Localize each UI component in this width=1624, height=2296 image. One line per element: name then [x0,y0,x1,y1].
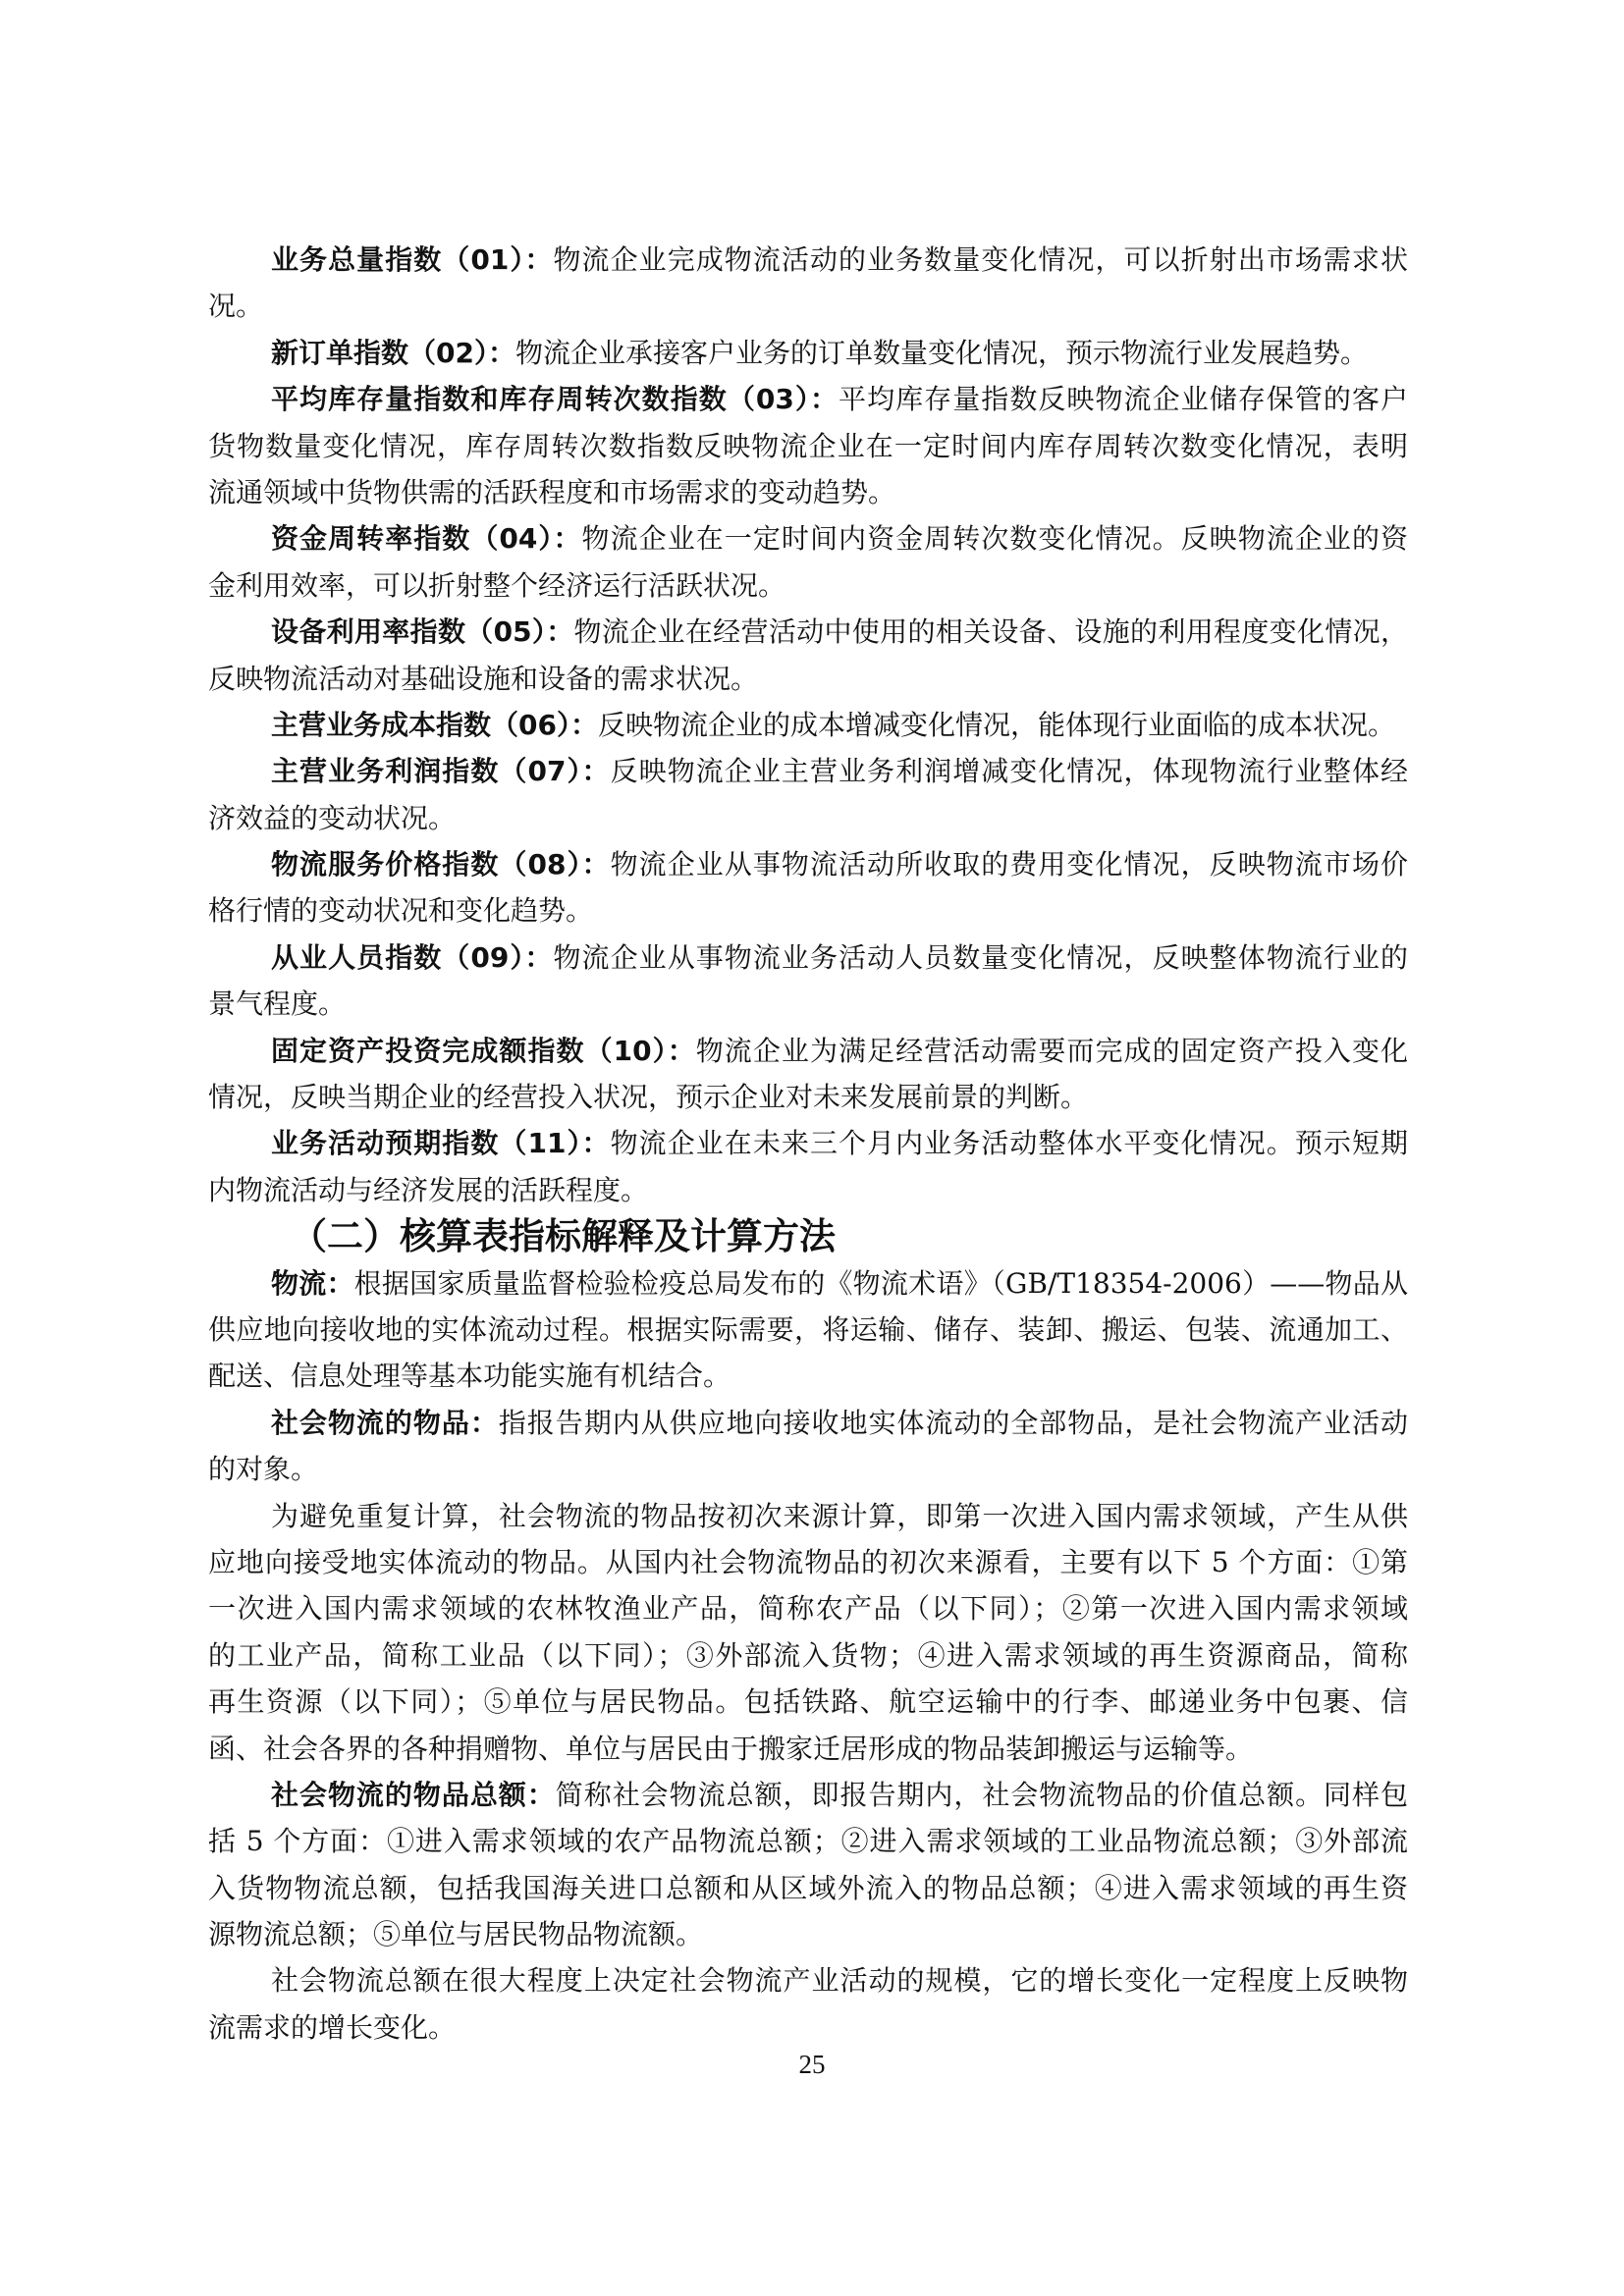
indicator-07: 主营业务利润指数（07）：反映物流企业主营业务利润增减变化情况，体现物流行业整体… [208,748,1408,841]
section-heading: （二）核算表指标解释及计算方法 [208,1213,1408,1259]
paragraph-initial-source: 为避免重复计算，社会物流的物品按初次来源计算，即第一次进入国内需求领域，产生从供… [208,1493,1408,1772]
indicator-04: 资金周转率指数（04）：物流企业在一定时间内资金周转次数变化情况。反映物流企业的… [208,515,1408,609]
indicator-03: 平均库存量指数和库存周转次数指数（03）：平均库存量指数反映物流企业储存保管的客… [208,376,1408,515]
term-label: 业务总量指数（01）： [271,243,553,276]
definition-logistics: 物流：根据国家质量监督检验检疫总局发布的《物流术语》（GB/T18354-200… [208,1260,1408,1400]
definition-social-logistics-goods: 社会物流的物品：指报告期内从供应地向接收地实体流动的全部物品，是社会物流产业活动… [208,1400,1408,1493]
term-label: 物流服务价格指数（08）： [271,848,611,881]
term-label: 社会物流的物品： [271,1407,499,1439]
term-label: 固定资产投资完成额指数（10）： [271,1035,696,1067]
term-label: 资金周转率指数（04）： [271,522,582,555]
document-body: 业务总量指数（01）：物流企业完成物流活动的业务数量变化情况，可以折射出市场需求… [208,237,1408,2051]
indicator-05: 设备利用率指数（05）：物流企业在经营活动中使用的相关设备、设施的利用程度变化情… [208,609,1408,702]
term-label: 平均库存量指数和库存周转次数指数（03）： [271,383,839,415]
term-label: 物流： [271,1267,354,1300]
term-label: 设备利用率指数（05）： [271,615,574,648]
indicator-02: 新订单指数（02）：物流企业承接客户业务的订单数量变化情况，预示物流行业发展趋势… [208,330,1408,376]
indicator-01: 业务总量指数（01）：物流企业完成物流活动的业务数量变化情况，可以折射出市场需求… [208,237,1408,330]
paragraph-total-significance: 社会物流总额在很大程度上决定社会物流产业活动的规模，它的增长变化一定程度上反映物… [208,1957,1408,2051]
term-label: 业务活动预期指数（11）： [271,1127,611,1159]
term-label: 新订单指数（02）： [271,337,515,369]
definition-total-social-logistics: 社会物流的物品总额：简称社会物流总额，即报告期内，社会物流物品的价值总额。同样包… [208,1772,1408,1958]
indicator-09: 从业人员指数（09）：物流企业从事物流业务活动人员数量变化情况，反映整体物流行业… [208,934,1408,1028]
term-label: 从业人员指数（09）： [271,941,553,974]
indicator-06: 主营业务成本指数（06）：反映物流企业的成本增减变化情况，能体现行业面临的成本状… [208,702,1408,748]
term-label: 社会物流的物品总额： [271,1779,556,1811]
term-label: 主营业务成本指数（06）： [271,709,598,741]
page-number: 25 [0,2050,1624,2080]
indicator-10: 固定资产投资完成额指数（10）：物流企业为满足经营活动需要而完成的固定资产投入变… [208,1028,1408,1121]
indicator-11: 业务活动预期指数（11）：物流企业在未来三个月内业务活动整体水平变化情况。预示短… [208,1120,1408,1213]
term-label: 主营业务利润指数（07）： [271,755,611,787]
indicator-08: 物流服务价格指数（08）：物流企业从事物流活动所收取的费用变化情况，反映物流市场… [208,841,1408,934]
